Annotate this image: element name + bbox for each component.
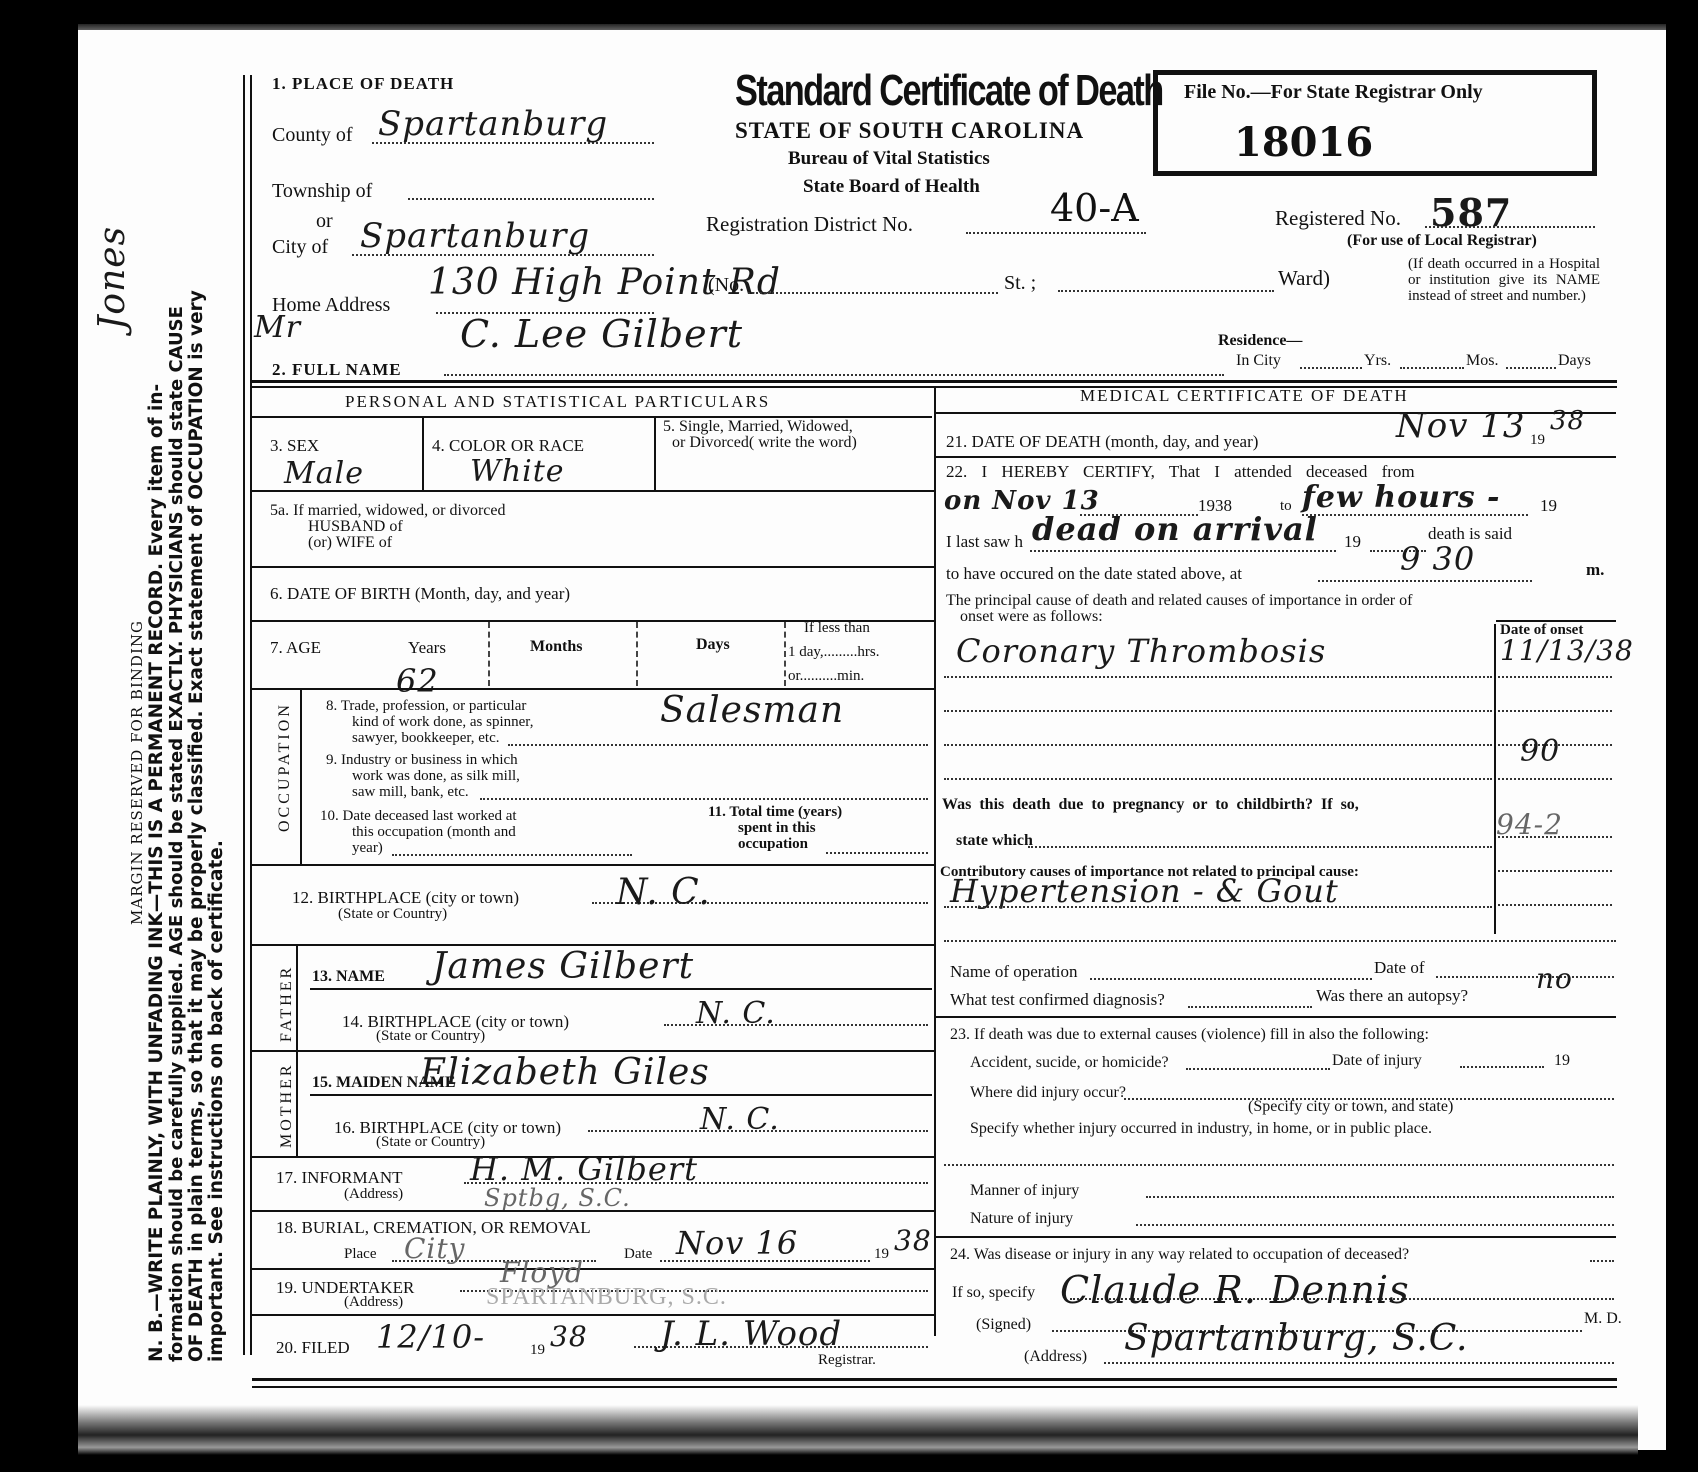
last-saw-year-prefix: 19 xyxy=(1344,532,1361,552)
specify-where-label: Specify whether injury occurred in indus… xyxy=(970,1120,1432,1138)
registration-district-value[interactable]: 40-A xyxy=(1050,186,1139,230)
filed-year-value[interactable]: 38 xyxy=(550,1320,588,1353)
total-time-label-1: 11. Total time (years) xyxy=(708,804,842,821)
date-of-death-year[interactable]: 38 xyxy=(1550,406,1585,436)
registered-number-label: Registered No. xyxy=(1275,206,1401,231)
row-divider-23 xyxy=(936,1236,1616,1238)
filed-year-prefix: 19 xyxy=(530,1342,545,1359)
file-number-value: 18016 xyxy=(1234,119,1373,166)
informant-address-label: (Address) xyxy=(344,1186,403,1203)
attended-to-line xyxy=(1302,514,1528,516)
trade-label-3: sawyer, bookkeeper, etc. xyxy=(352,730,499,747)
manner-injury-label: Manner of injury xyxy=(970,1182,1079,1200)
occupation-side-divider xyxy=(300,690,302,864)
occurred-suffix: m. xyxy=(1586,560,1604,580)
onset-line-7 xyxy=(1498,904,1612,906)
registered-number-value[interactable]: 587 xyxy=(1430,190,1512,235)
total-time-label-3: occupation xyxy=(738,836,808,853)
burial-date-label: Date xyxy=(624,1246,652,1263)
date-of-death-label: 21. DATE OF DEATH (month, day, and year) xyxy=(946,432,1258,452)
spouse-label-3: (or) WIFE of xyxy=(308,534,392,552)
father-name-label: 13. NAME xyxy=(312,968,385,986)
nature-injury-line xyxy=(1136,1224,1614,1226)
operation-line xyxy=(1090,978,1372,980)
last-saw-line xyxy=(1030,550,1336,552)
filed-label: 20. FILED xyxy=(276,1338,350,1358)
date-of-birth-label: 6. DATE OF BIRTH (Month, day, and year) xyxy=(270,584,570,604)
md-label: M. D. xyxy=(1584,1310,1622,1328)
color-label: 4. COLOR OR RACE xyxy=(432,436,584,456)
last-saw-label: I last saw h xyxy=(946,532,1023,552)
burial-date-value[interactable]: Nov 16 xyxy=(676,1224,798,1262)
date-of-death-year-prefix: 19 xyxy=(1530,432,1545,449)
manner-injury-line xyxy=(1146,1196,1614,1198)
street-number-label: (No. xyxy=(708,274,744,297)
or-label: or xyxy=(316,210,333,233)
last-worked-label-3: year) xyxy=(352,840,383,857)
age-days-label: Days xyxy=(696,636,730,654)
operation-label: Name of operation xyxy=(950,962,1077,982)
total-time-line xyxy=(826,852,928,854)
occupation-related-line xyxy=(1590,1260,1614,1262)
injury-year-prefix: 19 xyxy=(1554,1052,1570,1070)
father-birthplace-value[interactable]: N. C. xyxy=(696,996,776,1031)
in-city-years-line xyxy=(1300,367,1362,369)
sex-value[interactable]: Male xyxy=(284,456,364,491)
physician-address-value: Spartanburg, S.C. xyxy=(1124,1318,1468,1359)
burial-place-label: Place xyxy=(344,1246,376,1263)
mother-side-divider xyxy=(296,1052,298,1156)
onset-line-1 xyxy=(1498,676,1612,678)
scan-edge-bottom xyxy=(78,1405,1638,1455)
nature-injury-label: Nature of injury xyxy=(970,1210,1073,1228)
industry-label-1: 9. Industry or business in which xyxy=(326,752,518,769)
in-city-label: In City xyxy=(1236,352,1281,370)
trade-value[interactable]: Salesman xyxy=(660,690,844,731)
row-divider-22 xyxy=(936,1016,1616,1018)
margin-instruction-line-1: N. B.—WRITE PLAINLY, WITH UNFADING INK—T… xyxy=(146,384,167,1362)
principal-cause-label-2: onset were as follows: xyxy=(960,608,1103,626)
form-left-border-inner xyxy=(250,75,252,1355)
father-name-line xyxy=(310,988,932,990)
cause-line-1 xyxy=(944,676,1492,678)
last-saw-value[interactable]: dead on arrival xyxy=(1032,510,1318,548)
mother-maiden-line xyxy=(310,1094,932,1096)
header-divider xyxy=(252,380,1617,383)
township-line xyxy=(408,198,654,200)
mother-birthplace-label-2: (State or Country) xyxy=(376,1134,485,1151)
full-name-label: 2. FULL NAME xyxy=(272,360,402,380)
days-label: Days xyxy=(1558,352,1591,370)
form-bottom-line-2 xyxy=(252,1386,1617,1388)
age-years-label: Years xyxy=(408,638,446,658)
total-time-label-2: spent in this xyxy=(738,820,816,837)
age-years-value[interactable]: 62 xyxy=(396,662,439,700)
medical-section-heading: MEDICAL CERTIFICATE OF DEATH xyxy=(1080,386,1409,406)
township-label: Township of xyxy=(272,180,372,203)
birthplace-label-2: (State or Country) xyxy=(338,906,447,923)
city-value[interactable]: Spartanburg xyxy=(360,216,590,256)
birthplace-label-1: 12. BIRTHPLACE (city or town) xyxy=(292,888,519,908)
registrar-signature: J. L. Wood xyxy=(660,1314,842,1354)
margin-handwritten-initials: Jones xyxy=(92,226,133,330)
autopsy-value[interactable]: no xyxy=(1536,962,1573,995)
age-months-label: Months xyxy=(530,638,582,656)
ward-line xyxy=(1058,290,1274,292)
age-less-than-2: 1 day,.........hrs. xyxy=(788,644,880,661)
contributory-line-2 xyxy=(944,940,1616,942)
date-of-death-value[interactable]: Nov 13 xyxy=(1396,406,1526,446)
file-number-label: File No.—For State Registrar Only xyxy=(1184,81,1483,104)
age-label: 7. AGE xyxy=(270,638,321,658)
age-less-than-1: If less than xyxy=(804,620,870,637)
mother-side-label: MOTHER xyxy=(278,1062,296,1148)
injury-date-line xyxy=(1460,1066,1544,1068)
board-name: State Board of Health xyxy=(803,176,980,198)
residence-label: Residence— xyxy=(1218,332,1302,350)
age-less-than-3: or..........min. xyxy=(788,668,864,685)
where-injury-label: Where did injury occur? xyxy=(970,1084,1126,1102)
hospital-note: (If death occurred in a Hospital or inst… xyxy=(1408,256,1600,304)
margin-reserved-note: MARGIN RESERVED FOR BINDING xyxy=(128,620,146,925)
trade-line xyxy=(508,744,928,746)
accident-label: Accident, sucide, or homicide? xyxy=(970,1054,1169,1072)
cause-1-value[interactable]: Coronary Thrombosis xyxy=(956,632,1326,670)
if-so-specify-label: If so, specify xyxy=(952,1284,1035,1302)
color-value[interactable]: White xyxy=(470,454,565,489)
occupation-side-label: OCCUPATION xyxy=(276,702,294,832)
attended-to-year-prefix: 19 xyxy=(1540,496,1557,516)
onset-1-value[interactable]: 11/13/38 xyxy=(1500,634,1634,667)
operation-date-line xyxy=(1436,976,1614,978)
pregnancy-label-2: state which xyxy=(956,832,1033,850)
informant-value[interactable]: H. M. Gilbert xyxy=(470,1150,698,1188)
father-name-value[interactable]: James Gilbert xyxy=(432,946,694,987)
county-value[interactable]: Spartanburg xyxy=(378,104,608,144)
sex-label: 3. SEX xyxy=(270,436,319,456)
father-side-label: FATHER xyxy=(278,965,296,1042)
margin-instruction-line-2: formation should be carefully supplied. … xyxy=(166,306,187,1362)
attended-to-value[interactable]: few hours - xyxy=(1302,480,1501,515)
pregnancy-side-note: 94-2 xyxy=(1496,808,1563,841)
trade-label-1: 8. Trade, profession, or particular xyxy=(326,698,526,715)
specify-city-note: (Specify city or town, and state) xyxy=(1248,1098,1453,1116)
occurred-time-line xyxy=(1318,580,1532,582)
ward-label: Ward) xyxy=(1278,266,1330,291)
undertaker-address-label: (Address) xyxy=(344,1294,403,1311)
autopsy-label: Was there an autopsy? xyxy=(1316,986,1468,1006)
onset-3-value[interactable]: 90 xyxy=(1520,734,1560,769)
personal-section-heading: PERSONAL AND STATISTICAL PARTICULARS xyxy=(345,392,770,412)
city-label: City of xyxy=(272,236,328,259)
pregnancy-label-1: Was this death due to pregnancy or to ch… xyxy=(942,796,1359,814)
operation-date-label: Date of xyxy=(1374,958,1425,978)
row-divider-17 xyxy=(252,1210,934,1212)
row-divider-18 xyxy=(252,1268,934,1270)
accident-line xyxy=(1186,1068,1330,1070)
last-worked-label-1: 10. Date deceased last worked at xyxy=(320,808,517,825)
father-side-divider xyxy=(296,946,298,1050)
in-city-months-line xyxy=(1400,367,1464,369)
in-city-days-line xyxy=(1506,367,1556,369)
street-label: St. ; xyxy=(1004,272,1036,295)
center-column-divider xyxy=(934,386,936,1336)
pregnancy-line xyxy=(1028,846,1492,848)
physician-signature: Claude R. Dennis xyxy=(1060,1268,1410,1312)
full-name-line xyxy=(444,374,1224,376)
onset-line-4 xyxy=(1498,778,1612,780)
injury-date-label: Date of injury xyxy=(1332,1052,1422,1070)
years-label: Yrs. xyxy=(1364,352,1391,370)
trade-label-2: kind of work done, as spinner, xyxy=(352,714,533,731)
margin-instruction-line-4: important. See instructions on back of c… xyxy=(206,840,227,1362)
physician-address-label: (Address) xyxy=(1024,1348,1087,1366)
row-divider-3 xyxy=(252,490,934,492)
cause-line-4 xyxy=(944,778,1492,780)
full-name-value[interactable]: C. Lee Gilbert xyxy=(460,312,743,356)
occurred-time-value[interactable]: 9 30 xyxy=(1400,540,1475,578)
burial-year-prefix: 19 xyxy=(874,1246,889,1263)
informant-address-value[interactable]: Sptbg, S.C. xyxy=(484,1184,631,1212)
onset-line-2 xyxy=(1498,710,1612,712)
months-label: Mos. xyxy=(1466,352,1498,370)
row-divider-21 xyxy=(936,456,1616,458)
row-divider-11 xyxy=(252,864,934,866)
mother-birthplace-value[interactable]: N. C. xyxy=(700,1102,780,1137)
test-confirmed-label: What test confirmed diagnosis? xyxy=(950,990,1165,1010)
state-name: STATE OF SOUTH CAROLINA xyxy=(735,118,1084,144)
contributory-value[interactable]: Hypertension - & Gout xyxy=(950,872,1339,910)
burial-year-value[interactable]: 38 xyxy=(894,1224,932,1257)
specify-where-line xyxy=(944,1164,1614,1166)
informant-label: 17. INFORMANT xyxy=(276,1168,403,1188)
row-divider-5a xyxy=(252,566,934,568)
last-worked-label-2: this occupation (month and xyxy=(352,824,516,841)
bureau-name: Bureau of Vital Statistics xyxy=(788,148,990,170)
father-birthplace-label-2: (State or Country) xyxy=(376,1028,485,1045)
certificate-title: Standard Certificate of Death xyxy=(735,66,1163,116)
county-label: County of xyxy=(272,124,353,147)
full-name-prefix: Mr xyxy=(254,310,301,345)
file-number-box: File No.—For State Registrar Only 18016 xyxy=(1153,70,1597,176)
undertaker-stamp: SPARTANBURG, S.C. xyxy=(486,1284,727,1311)
age-months-divider xyxy=(636,622,638,686)
cause-line-3 xyxy=(944,744,1492,746)
marital-label-2: or Divorced( write the word) xyxy=(672,434,857,452)
form-left-border xyxy=(243,75,245,1355)
onset-column-divider xyxy=(1494,624,1496,934)
external-causes-label: 23. If death was due to external causes … xyxy=(950,1026,1429,1044)
onset-line-6 xyxy=(1498,870,1612,872)
color-marital-divider xyxy=(654,418,656,490)
age-days-divider xyxy=(784,622,786,686)
industry-label-3: saw mill, bank, etc. xyxy=(352,784,469,801)
form-bottom-line xyxy=(252,1378,1617,1381)
signed-label: (Signed) xyxy=(976,1316,1031,1334)
street-line xyxy=(748,292,998,294)
registration-district-label: Registration District No. xyxy=(706,212,913,237)
burial-place-value[interactable]: City xyxy=(404,1232,465,1265)
certify-label: 22. I HEREBY CERTIFY, That I attended de… xyxy=(946,462,1415,482)
cause-line-2 xyxy=(944,710,1492,712)
test-confirmed-line xyxy=(1188,1006,1312,1008)
registration-district-line xyxy=(966,232,1146,234)
filed-value[interactable]: 12/10- xyxy=(376,1318,485,1356)
birthplace-value[interactable]: N. C. xyxy=(616,872,711,913)
margin-instruction-line-3: OF DEATH in plain terms, so that it may … xyxy=(186,290,207,1362)
age-years-divider xyxy=(488,622,490,686)
last-worked-line xyxy=(392,854,632,856)
industry-label-2: work was done, as silk mill, xyxy=(352,768,520,785)
occurred-label: to have occured on the date stated above… xyxy=(946,564,1242,584)
place-of-death-heading: 1. PLACE OF DEATH xyxy=(272,74,454,94)
occupation-related-label: 24. Was disease or injury in any way rel… xyxy=(950,1246,1409,1264)
contributory-line-1 xyxy=(944,906,1492,908)
registrar-label: Registrar. xyxy=(818,1352,876,1369)
industry-line xyxy=(480,798,928,800)
sex-color-divider xyxy=(422,418,424,490)
mother-maiden-value[interactable]: Elizabeth Giles xyxy=(420,1052,710,1093)
local-registrar-note: (For use of Local Registrar) xyxy=(1347,232,1537,250)
physician-address-line xyxy=(1104,1362,1614,1364)
